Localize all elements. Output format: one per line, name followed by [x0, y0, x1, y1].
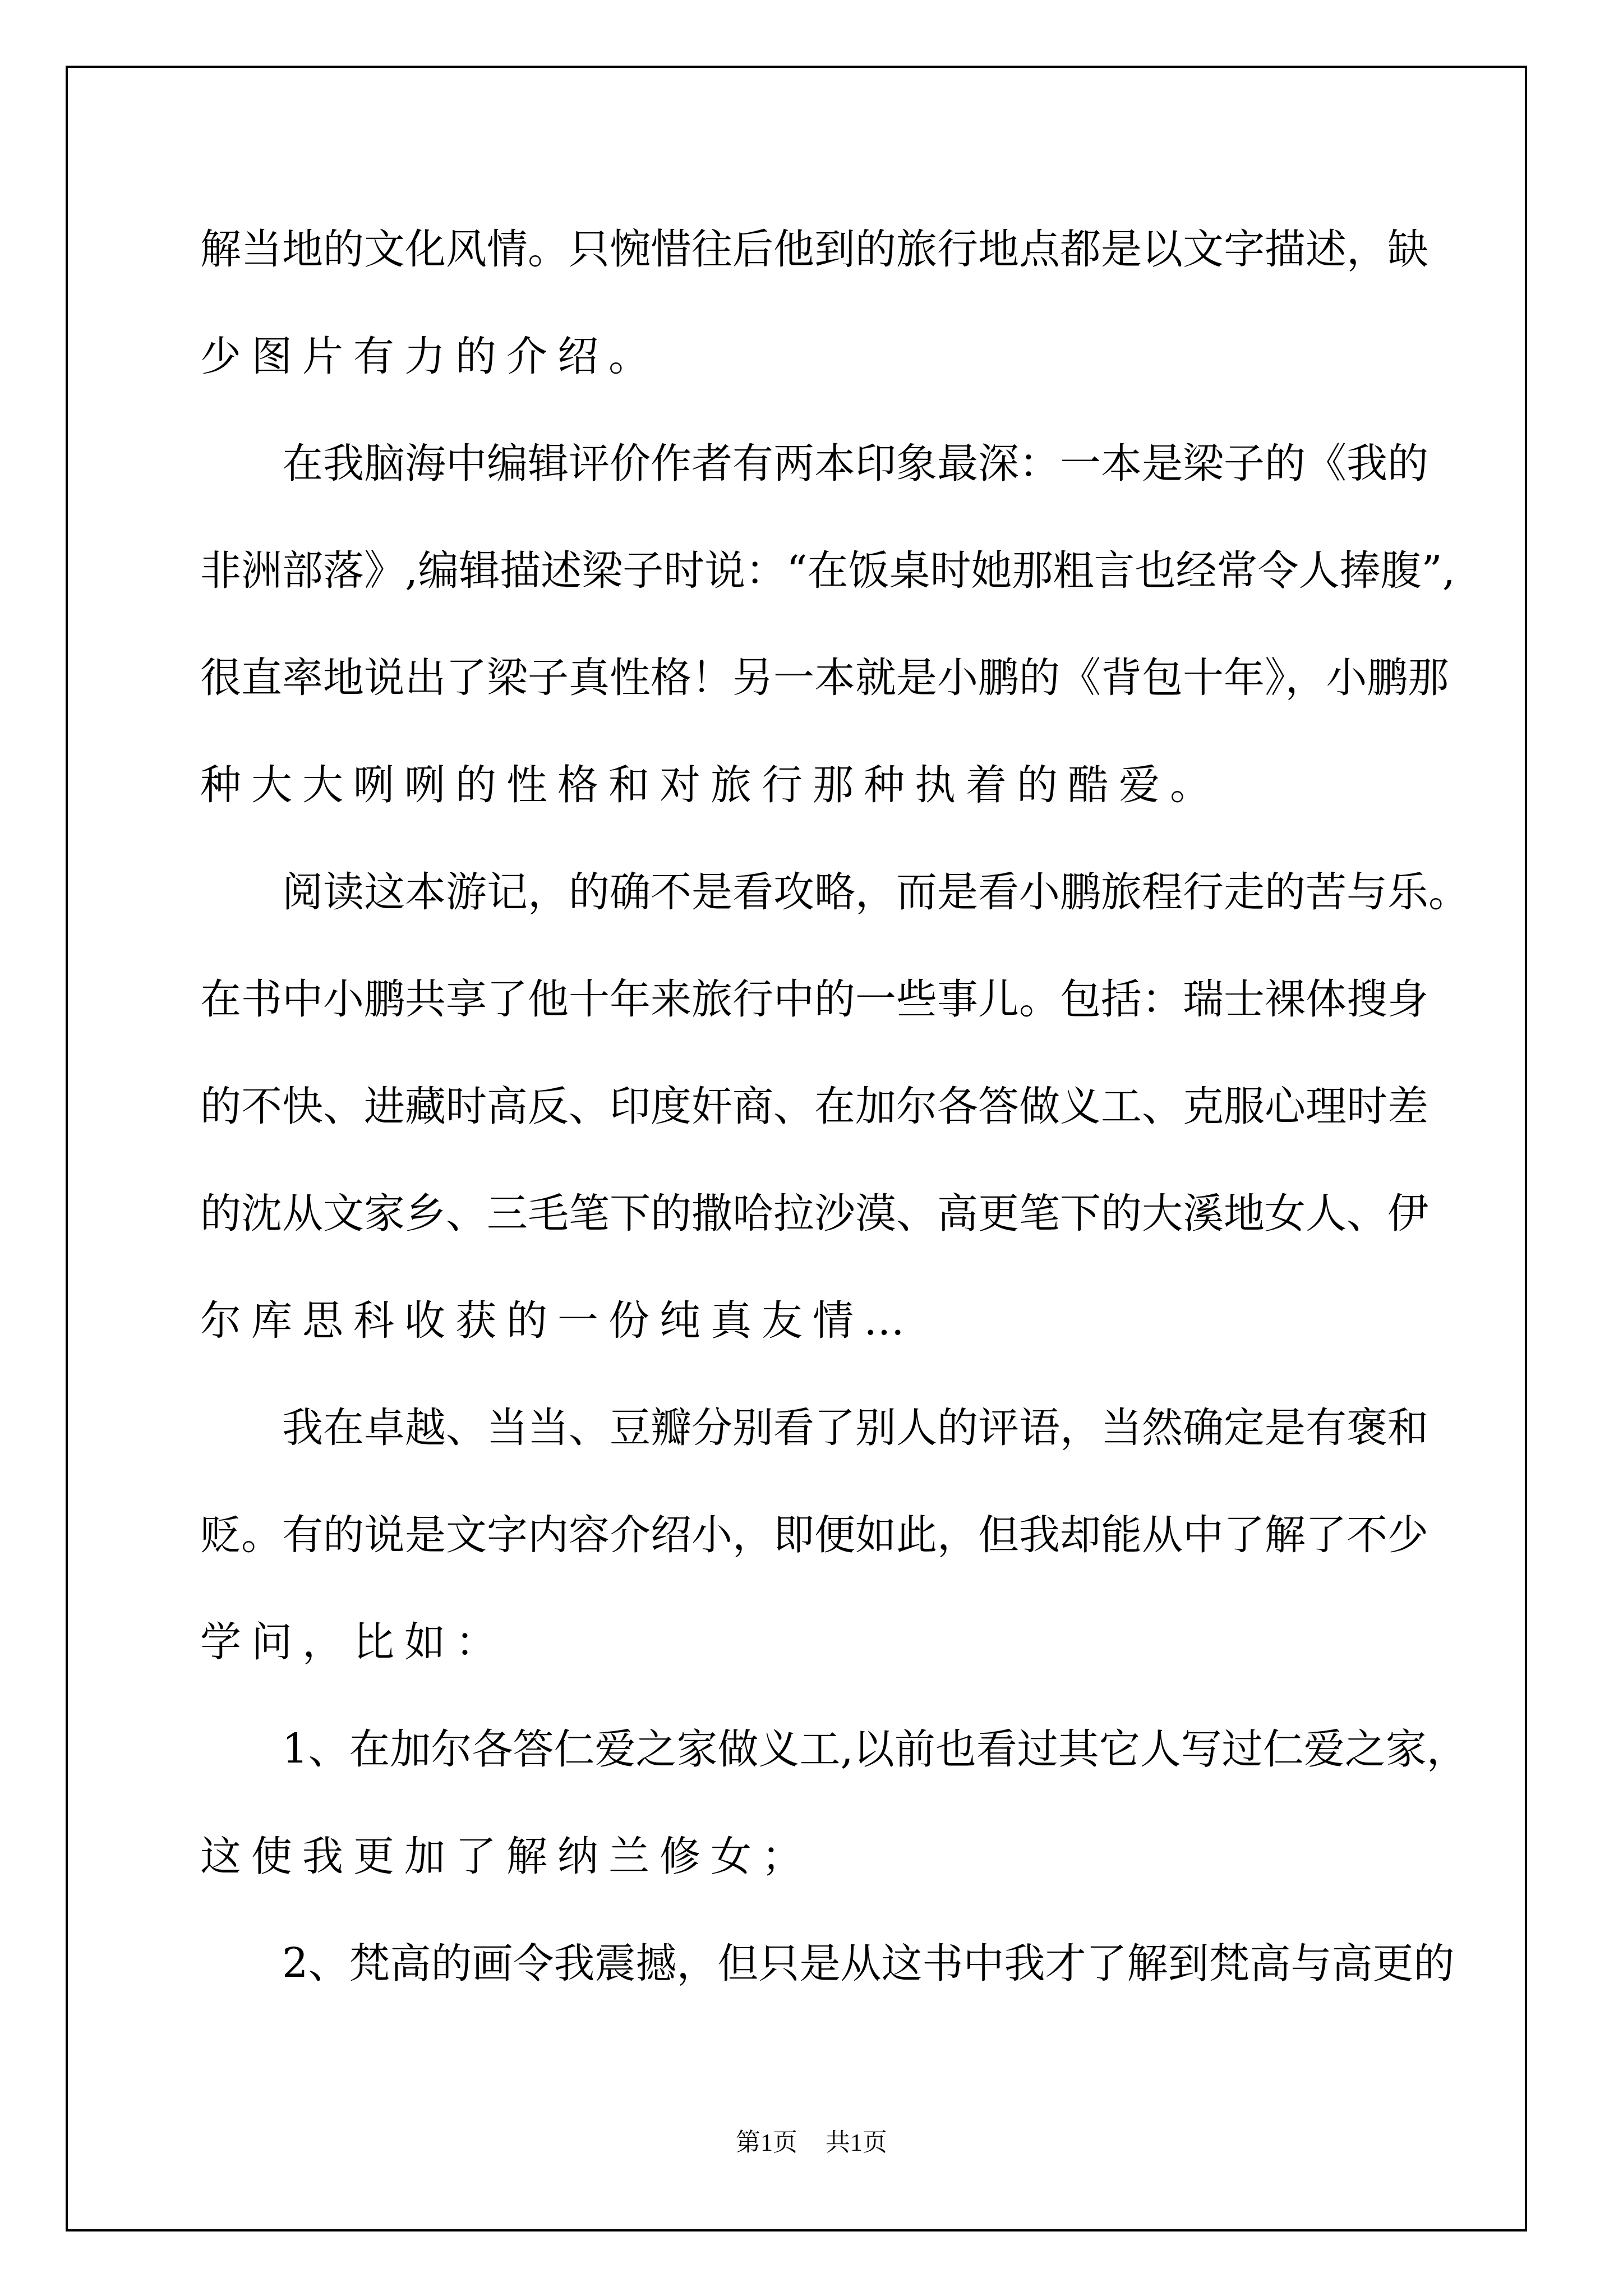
text-line: 的沈从文家乡、三毛笔下的撒哈拉沙漠、高更笔下的大溪地女人、伊	[200, 1186, 1424, 1242]
page-number-current: 第1页	[736, 2129, 797, 2156]
text-line: 贬。有的说是文字内容介绍小，即便如此，但我却能从中了解了不少	[200, 1507, 1424, 1563]
text-line: 在书中小鹏共享了他十年来旅行中的一些事儿。包括：瑞士裸体搜身	[200, 972, 1424, 1028]
text-line: 这使我更加了解纳兰修女；	[200, 1829, 1424, 1885]
text-line: 解当地的文化风情。只惋惜往后他到的旅行地点都是以文字描述，缺	[200, 222, 1424, 278]
text-line: 尔库思科收获的一份纯真友情…	[200, 1293, 1424, 1349]
paragraph-start-line: 在我脑海中编辑评价作者有两本印象最深：一本是梁子的《我的	[282, 436, 1424, 492]
page-footer: 第1页共1页	[0, 2126, 1623, 2160]
text-line: 很直率地说出了梁子真性格！另一本就是小鹏的《背包十年》，小鹏那	[200, 650, 1424, 706]
text-line: 少图片有力的介绍。	[200, 329, 1424, 385]
text-line: 种大大咧咧的性格和对旅行那种执着的酷爱。	[200, 757, 1424, 813]
list-item-2-line: 2、梵高的画令我震撼，但只是从这书中我才了解到梵高与高更的	[282, 1936, 1424, 1992]
paragraph-start-line: 我在卓越、当当、豆瓣分别看了别人的评语，当然确定是有褒和	[282, 1400, 1424, 1456]
text-line: 的不快、进藏时高反、印度奸商、在加尔各答做义工、克服心理时差	[200, 1079, 1424, 1135]
list-item-1-line: 1、在加尔各答仁爱之家做义工,以前也看过其它人写过仁爱之家，	[282, 1722, 1424, 1778]
page-number-total: 共1页	[826, 2129, 887, 2156]
paragraph-start-line: 阅读这本游记，的确不是看攻略，而是看小鹏旅程行走的苦与乐。	[282, 864, 1424, 921]
text-line: 非洲部落》,编辑描述梁子时说：“在饭桌时她那粗言也经常令人捧腹”,	[200, 543, 1424, 599]
text-line: 学问，比如：	[200, 1614, 1424, 1671]
page-border	[66, 66, 1527, 2231]
